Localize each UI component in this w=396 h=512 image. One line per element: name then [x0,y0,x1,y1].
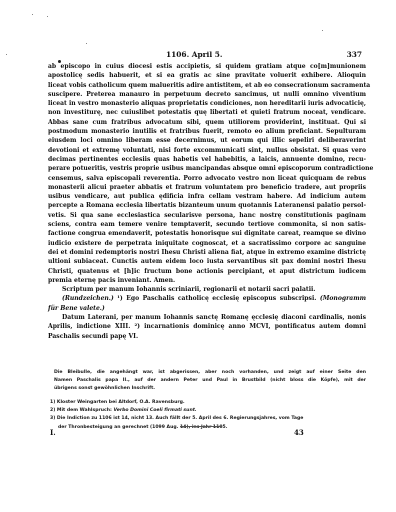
text-line: non investiturę, nec cuiuslibet potestat… [48,108,366,117]
footer-rule [180,426,222,427]
datum-line: Paschalis secundi papę VI. [48,332,366,341]
footnote-3: 3) Die Indiction zu 1106 ist 14, nicht 1… [50,415,366,423]
text-line: monasterii alicui praeter abbatis et fra… [48,183,366,192]
scan-speck [32,14,33,15]
signature-line: (Rundzeichen.) ¹) Ego Paschalis catholic… [48,294,366,303]
footnote-text: Mit dem Wahlspruch: [57,408,112,413]
text-line: apostolicę sedis habuerit, et si ea grat… [48,71,366,80]
footnote-1: 1) Kloster Weingarten bei Altdorf, O.A. … [50,399,366,407]
text-line: perare potueritis, vestris proprie usibu… [48,164,366,173]
text-line: premia eternę pacis inveniant. Amen. [48,276,366,285]
signature-text: Ego Paschalis catholicę ecclesię episcop… [126,295,316,302]
note-line: übrigens sonst gewöhnlichen Inschrift. [50,385,366,393]
footnote-mark: 3) [50,416,55,421]
footnote-ref: ¹) [117,295,123,302]
running-header: 1106. April 5. 337 [48,50,366,62]
text-line: ultioni subiaceat. Cunctis autem eidem l… [48,257,366,266]
text-line: eiusdem loci omnino liberam esse decerni… [48,136,366,145]
footnote-2: 2) Mit dem Wahlspruch: Verbo Domini Coel… [50,407,366,415]
text-line: dei et domini redemptoris nostri Ihesu C… [48,248,366,257]
header-date: 1106. April 5. [166,50,222,59]
datum-line: Aprilis, indictione XIII. ²) incarnation… [48,322,366,331]
charter-text: ab episcopo in cuius diocesi estis accip… [48,62,366,341]
text-line: usibus vendicare, aut publica ędificia i… [48,192,366,201]
header-page-number: 337 [347,50,362,59]
page-footer: I. 43 [48,426,366,440]
text-line: devotioni et extremę voluntati, nisi for… [48,146,366,155]
scriptum-line: Scriptum per manum Iohannis scriniarii, … [48,285,366,294]
text-line: vetis. Si qua sane ecclesiastica secular… [48,211,366,220]
footnote-mark: 1) [50,400,55,405]
footnotes: Die Bleibulle, die angehängt war, ist ab… [50,369,366,432]
signature-mark: I. [50,428,56,437]
rundzeichen-label: (Rundzeichen.) [62,295,114,302]
text-line: suscipere. Preterea manauro in perpetuum… [48,90,366,99]
text-line: sciens, contra eam temere venire temptav… [48,220,366,229]
footnote-text: Die Indiction zu 1106 ist 14, nicht 13. … [57,416,303,421]
footnote-motto: Verbo Domini Coeli firmati sunt. [113,408,196,413]
seal-note: Die Bleibulle, die angehängt war, ist ab… [50,369,366,393]
text-line: percepte a Romana ecclesia libertatis bi… [48,201,366,210]
text-line: postmodum monasterio inutilis et fratrib… [48,127,366,136]
footnote-text: Kloster Weingarten bei Altdorf, O.A. Rav… [57,400,185,405]
scan-speck [322,30,323,31]
text-line: censemus, salva episcopali reverentia. P… [48,174,366,183]
text-line: factione congrua emendaverit, potestatis… [48,229,366,238]
document-page: 1106. April 5. 337 ab episcopo in cuius … [0,0,396,512]
text-line: ab episcopo in cuius diocesi estis accip… [48,62,366,71]
monogramm-continuation: für Bene valete.) [48,304,366,313]
text-line: Christi, quatenus et [h]ic fructum bone … [48,267,366,276]
sheet-number: 43 [294,428,304,437]
note-line: Die Bleibulle, die angehängt war, ist ab… [50,369,366,377]
text-line: iudicio existere de perpetrata iniquitat… [48,239,366,248]
monogramm-label: (Monogramm [320,295,366,302]
datum-line: Datum Laterani, per manum Iohannis sanct… [48,313,366,322]
text-line: liceat in vestro monasterio aliquas prop… [48,99,366,108]
scan-speck [6,54,7,55]
text-line: decimas pertinentes ecclesiis quas habet… [48,155,366,164]
note-line: Namen Paschalis papa II., auf der andern… [50,377,366,385]
footnote-mark: 2) [50,408,55,413]
text-line: liceat vobis catholicum quem malueritis … [48,81,366,90]
scan-speck [47,16,48,17]
text-line: Abbas sane cum fratribus advocatum sibi,… [48,118,366,127]
scan-speck [86,43,87,44]
